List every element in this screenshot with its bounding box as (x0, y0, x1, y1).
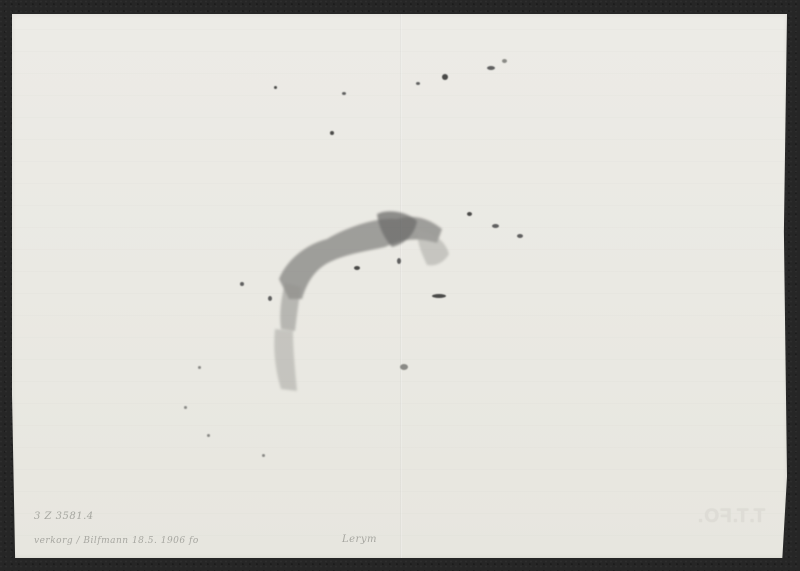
speck (184, 406, 187, 409)
speck (400, 364, 408, 370)
speck (397, 258, 401, 264)
speck (502, 59, 507, 63)
speck (442, 74, 448, 80)
offset-stain-arc (267, 199, 527, 409)
speck (268, 296, 272, 301)
speck (198, 366, 201, 369)
speck (342, 92, 346, 95)
speck (492, 224, 499, 228)
pencil-note: verkorg / Bilfmann 18.5. 1906 fo (34, 536, 199, 546)
signature: Lerym (342, 534, 377, 545)
speck (262, 454, 265, 457)
mirrored-stamp: T.T.FO. (697, 506, 765, 528)
speck (207, 434, 210, 437)
speck (517, 234, 523, 238)
speck (432, 294, 446, 298)
speck (240, 282, 244, 286)
speck (487, 66, 495, 70)
catalog-number: 3 Z 3581.4 (34, 511, 94, 522)
paper-sheet: T.T.FO. 3 Z 3581.4 verkorg / Bilfmann 18… (12, 14, 787, 558)
speck (416, 82, 420, 85)
speck (274, 86, 277, 89)
speck (330, 131, 334, 135)
speck (467, 212, 472, 216)
speck (354, 266, 360, 270)
